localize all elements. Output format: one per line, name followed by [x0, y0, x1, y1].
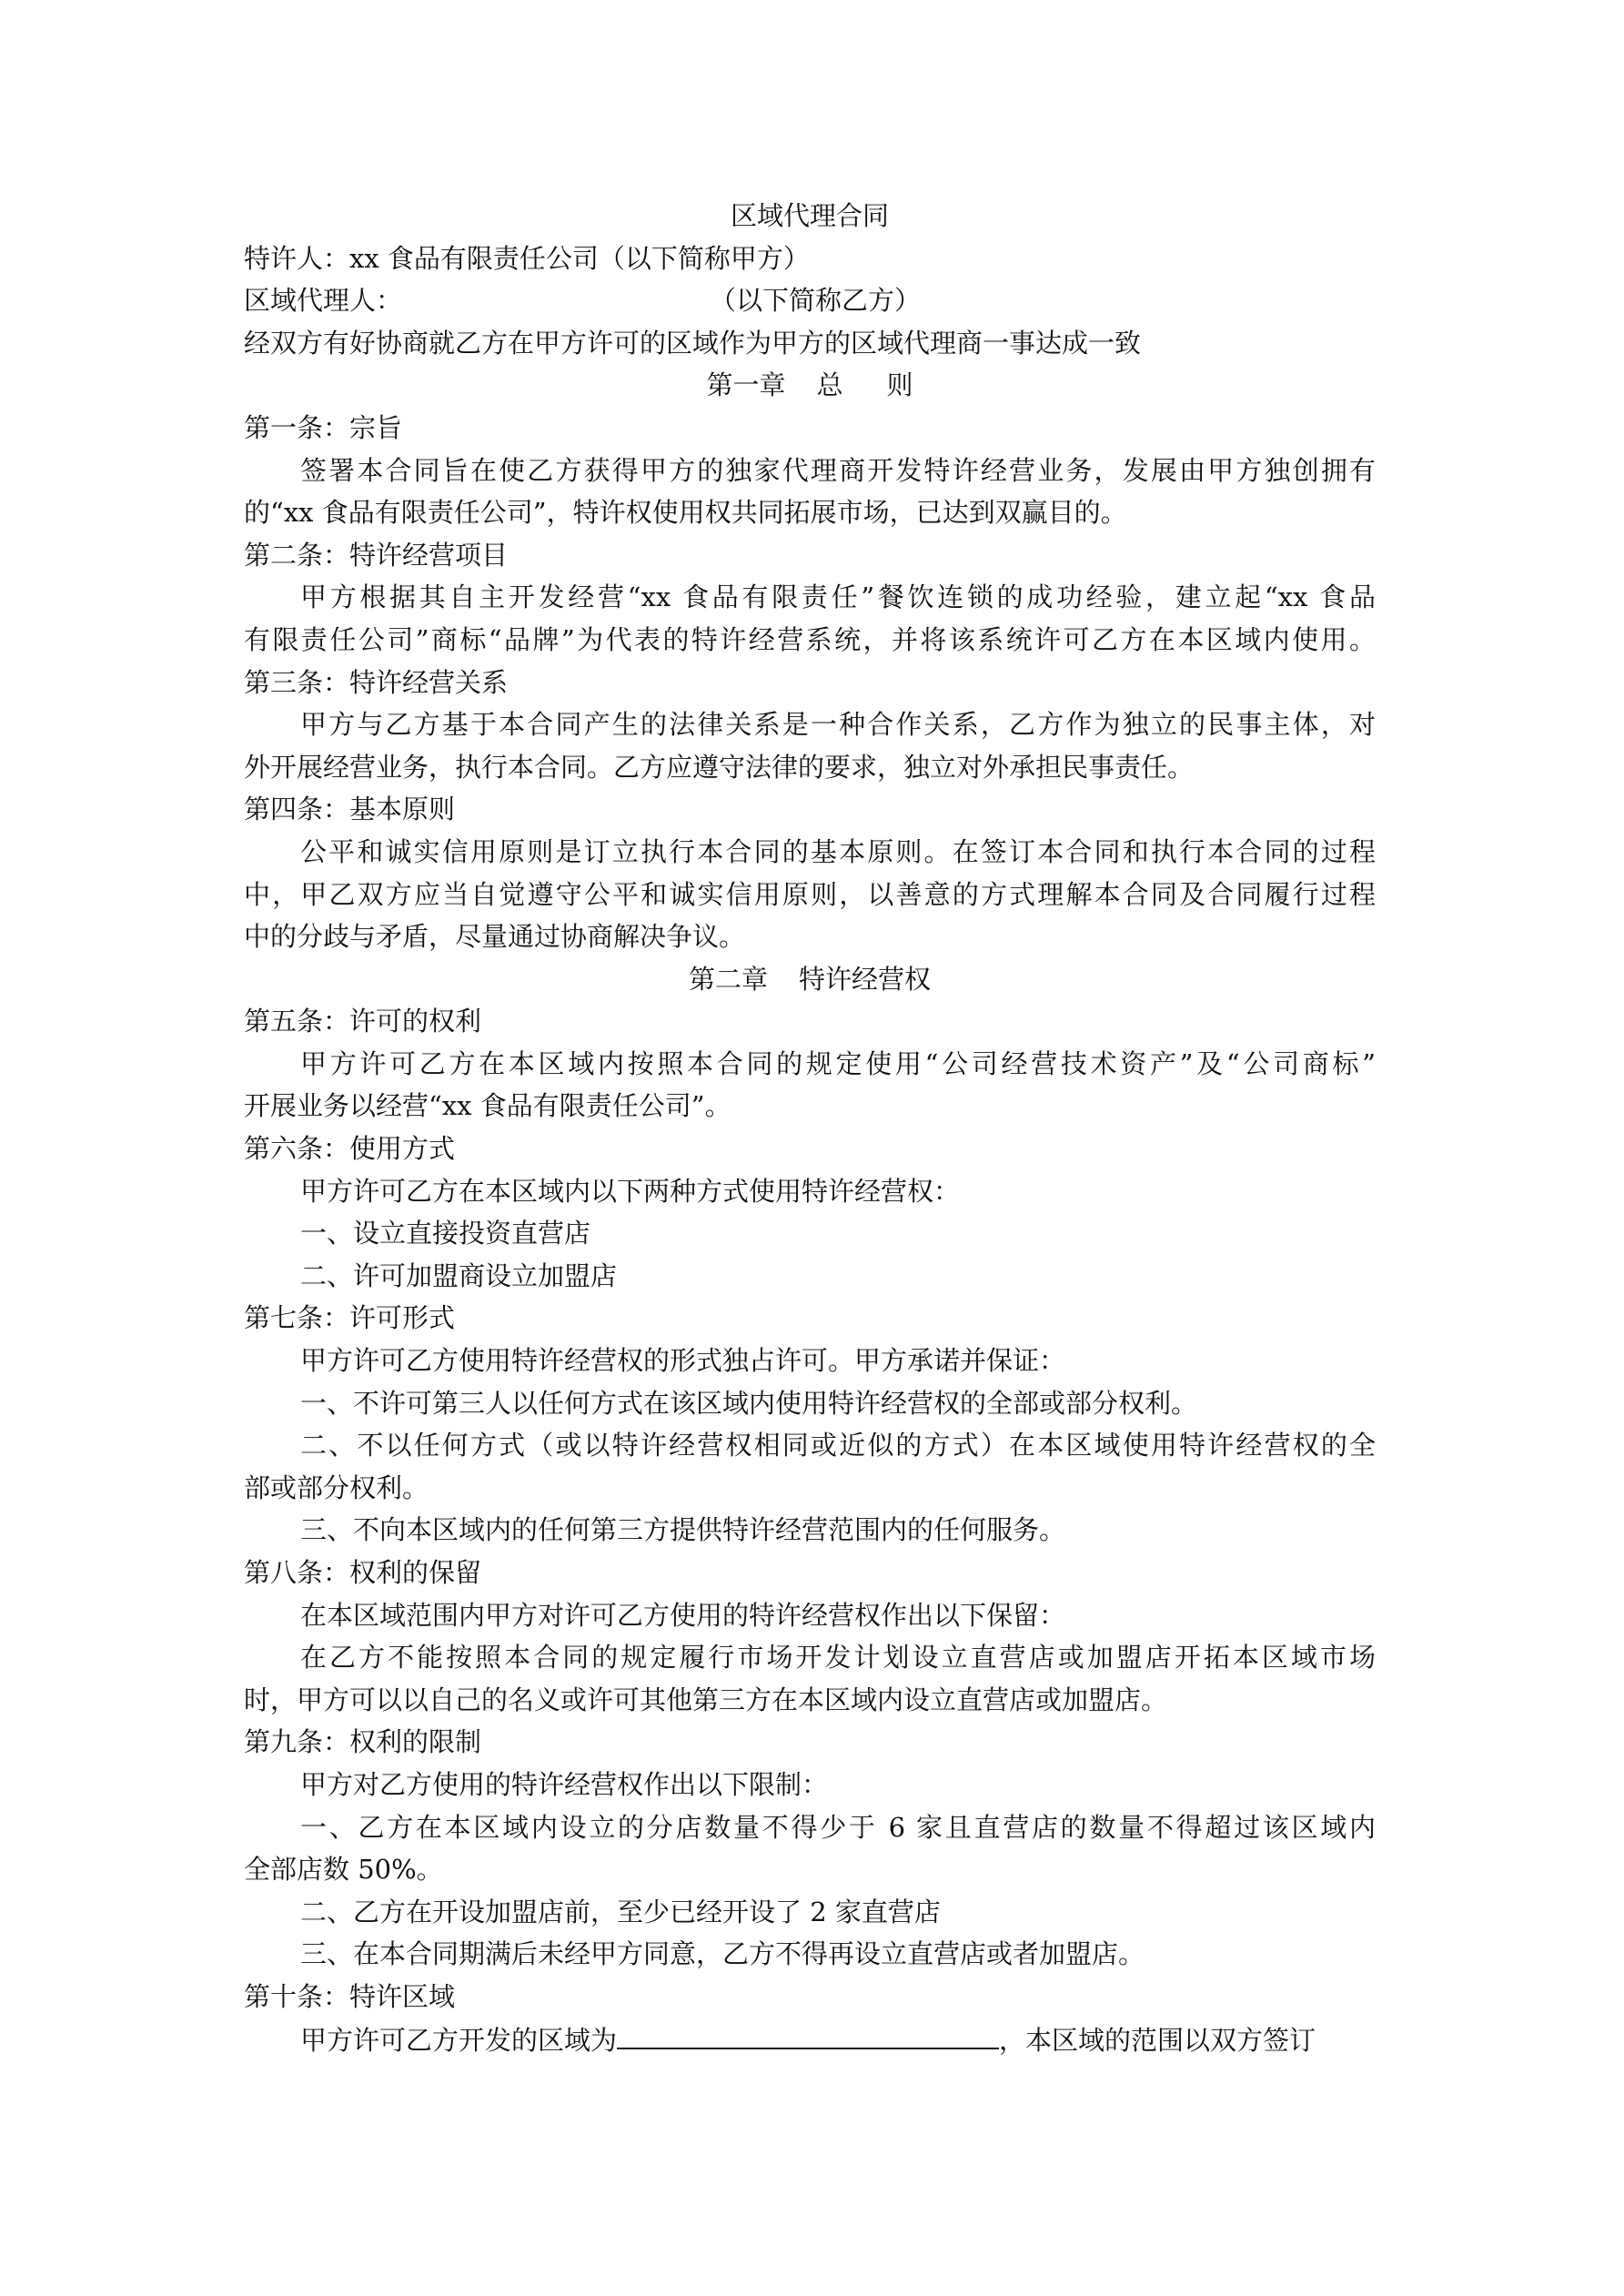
franchisor-line: 特许人：xx 食品有限责任公司（以下简称甲方） — [244, 238, 1376, 280]
article-3-heading: 第三条：特许经营关系 — [244, 662, 1376, 704]
article-3-text: 外开展经营业务，执行本合同。乙方应遵守法律的要求，独立对外承担民事责任。 — [244, 746, 1376, 789]
agent-suffix: （以下简称乙方） — [710, 285, 921, 316]
article-6-item: 一、设立直接投资直营店 — [244, 1212, 1376, 1255]
article-4-text: 中，甲乙双方应当自觉遵守公平和诚实信用原则，以善意的方式理解本合同及合同履行过程 — [244, 874, 1376, 916]
article-8-heading: 第八条：权利的保留 — [244, 1552, 1376, 1594]
article-6-text: 甲方许可乙方在本区域内以下两种方式使用特许经营权： — [244, 1170, 1376, 1213]
article-7-item: 一、不许可第三人以任何方式在该区域内使用特许经营权的全部或部分权利。 — [244, 1382, 1376, 1425]
article-8-text: 在乙方不能按照本合同的规定履行市场开发计划设立直营店或加盟店开拓本区域市场 — [244, 1636, 1376, 1679]
article-2-text: 甲方根据其自主开发经营“xx 食品有限责任”餐饮连锁的成功经验，建立起“xx 食… — [244, 576, 1376, 619]
article-10-heading: 第十条：特许区域 — [244, 1976, 1376, 2018]
article-10-suffix: ，本区域的范围以双方签订 — [999, 2025, 1316, 2056]
article-7-item: 部或部分权利。 — [244, 1467, 1376, 1510]
agent-label: 区域代理人： — [244, 285, 402, 316]
article-2-heading: 第二条：特许经营项目 — [244, 534, 1376, 577]
article-4-text: 公平和诚实信用原则是订立执行本合同的基本原则。在签订本合同和执行本合同的过程 — [244, 831, 1376, 874]
article-1-text: 签署本合同旨在使乙方获得甲方的独家代理商开发特许经营业务，发展由甲方独创拥有 — [244, 450, 1376, 492]
article-2-text: 有限责任公司”商标“品牌”为代表的特许经营系统，并将该系统许可乙方在本区域内使用… — [244, 619, 1376, 662]
article-8-text: 时，甲方可以以自己的名义或许可其他第三方在本区域内设立直营店或加盟店。 — [244, 1679, 1376, 1722]
chapter1-title: 第一章总则 — [244, 364, 1376, 407]
article-9-item: 二、乙方在开设加盟店前，至少已经开设了 2 家直营店 — [244, 1891, 1376, 1934]
contract-page: 区域代理合同 特许人：xx 食品有限责任公司（以下简称甲方） 区域代理人：（以下… — [244, 195, 1376, 2060]
article-9-heading: 第九条：权利的限制 — [244, 1721, 1376, 1764]
article-10-text: 甲方许可乙方开发的区域为，本区域的范围以双方签订 — [244, 2018, 1376, 2061]
agent-line: 区域代理人：（以下简称乙方） — [244, 279, 1376, 322]
document-title: 区域代理合同 — [244, 195, 1376, 238]
article-1-text: 的“xx 食品有限责任公司”，特许权使用权共同拓展市场，已达到双赢目的。 — [244, 491, 1376, 534]
article-7-item: 二、不以任何方式（或以特许经营权相同或近似的方式）在本区域使用特许经营权的全 — [244, 1424, 1376, 1467]
article-5-heading: 第五条：许可的权利 — [244, 1000, 1376, 1043]
article-9-item: 三、在本合同期满后未经甲方同意，乙方不得再设立直营店或者加盟店。 — [244, 1933, 1376, 1976]
article-5-text: 开展业务以经营“xx 食品有限责任公司”。 — [244, 1085, 1376, 1128]
article-9-item: 全部店数 50%。 — [244, 1848, 1376, 1891]
article-6-heading: 第六条：使用方式 — [244, 1128, 1376, 1170]
chapter2-title: 第二章特许经营权 — [244, 958, 1376, 1001]
article-6-item: 二、许可加盟商设立加盟店 — [244, 1255, 1376, 1298]
article-3-text: 甲方与乙方基于本合同产生的法律关系是一种合作关系，乙方作为独立的民事主体，对 — [244, 703, 1376, 746]
article-4-text: 中的分歧与矛盾，尽量通过协商解决争议。 — [244, 915, 1376, 958]
article-9-item: 一、乙方在本区域内设立的分店数量不得少于 6 家且直营店的数量不得超过该区域内 — [244, 1806, 1376, 1849]
article-5-text: 甲方许可乙方在本区域内按照本合同的规定使用“公司经营技术资产”及“公司商标” — [244, 1043, 1376, 1086]
article-8-text: 在本区域范围内甲方对许可乙方使用的特许经营权作出以下保留： — [244, 1594, 1376, 1637]
article-7-heading: 第七条：许可形式 — [244, 1297, 1376, 1340]
article-10-prefix: 甲方许可乙方开发的区域为 — [300, 2025, 617, 2056]
region-blank-field[interactable] — [617, 2018, 999, 2049]
intro-line: 经双方有好协商就乙方在甲方许可的区域作为甲方的区域代理商一事达成一致 — [244, 322, 1376, 365]
article-4-heading: 第四条：基本原则 — [244, 788, 1376, 831]
article-7-text: 甲方许可乙方使用特许经营权的形式独占许可。甲方承诺并保证： — [244, 1340, 1376, 1382]
article-9-text: 甲方对乙方使用的特许经营权作出以下限制： — [244, 1764, 1376, 1806]
article-1-heading: 第一条：宗旨 — [244, 407, 1376, 450]
article-7-item: 三、不向本区域内的任何第三方提供特许经营范围内的任何服务。 — [244, 1509, 1376, 1552]
